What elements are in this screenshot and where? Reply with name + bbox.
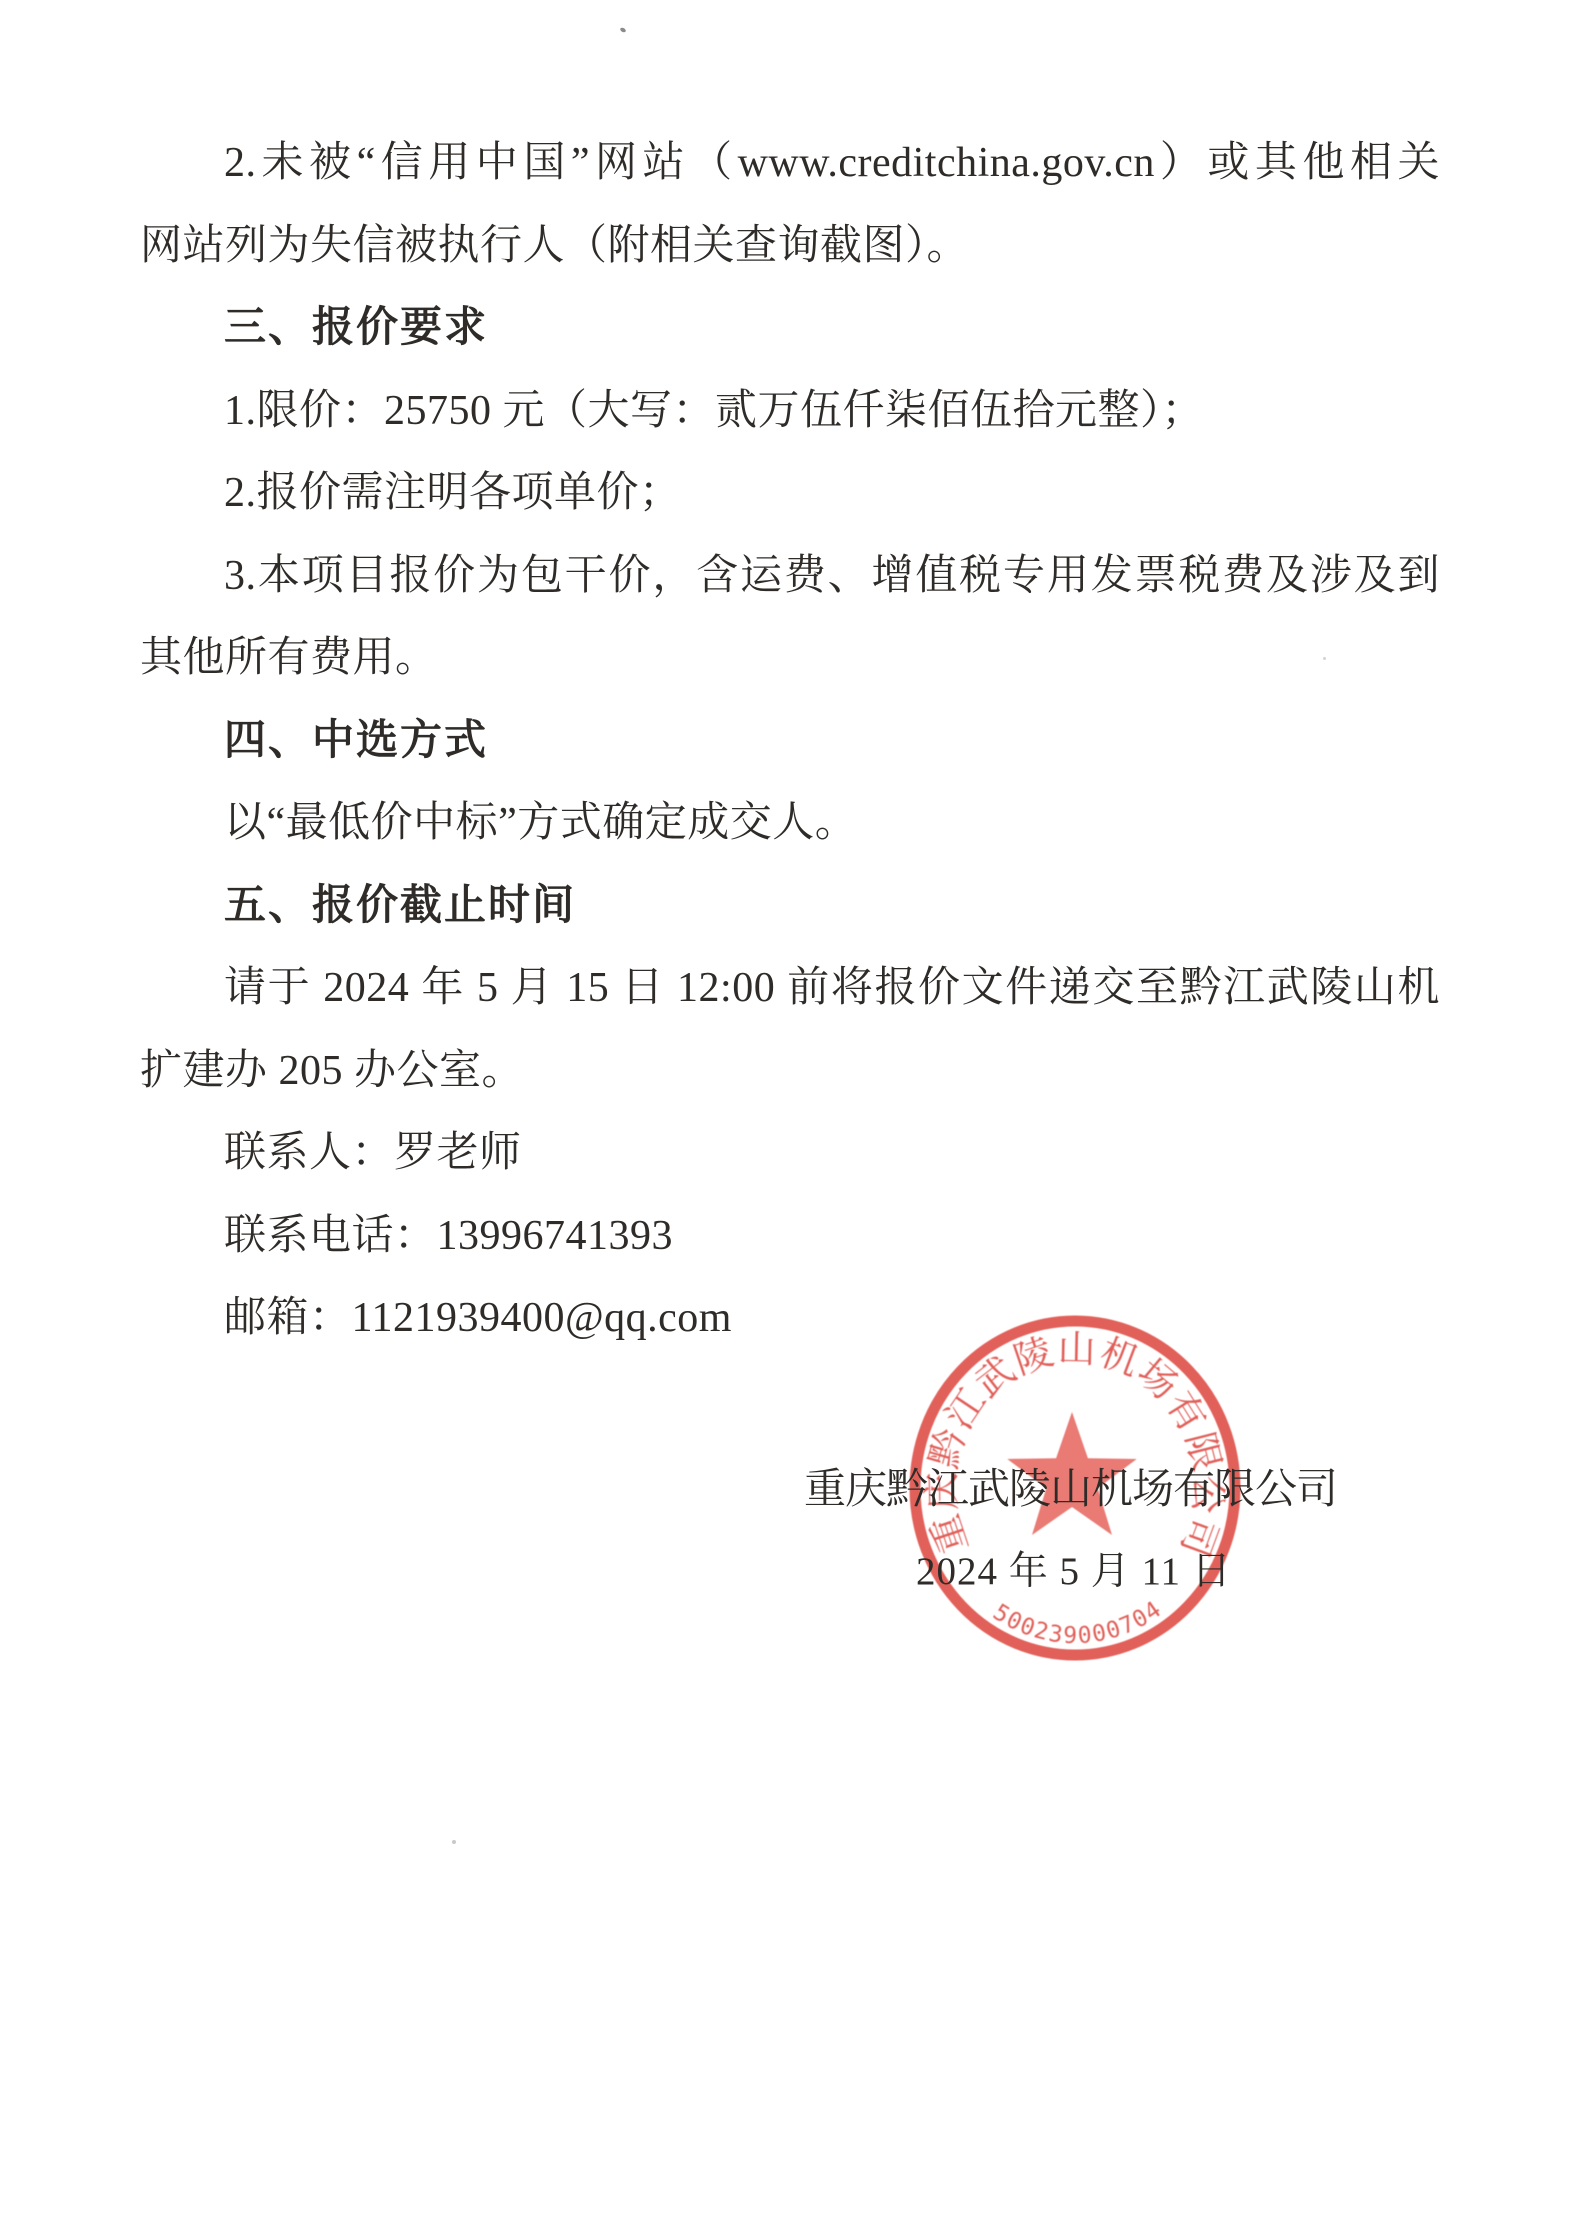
paragraph-deadline-line1: 请于 2024 年 5 月 15 日 12:00 前将报价文件递交至黔江武陵山机… xyxy=(140,947,1440,1030)
document-body: 2.未被“信用中国”网站（www.creditchina.gov.cn）或其他相… xyxy=(140,122,1440,1360)
signature-company: 重庆黔江武陵山机场有限公司 xyxy=(804,1456,1337,1516)
item-lump-sum-line1: 3.本项目报价为包干价，含运费、增值税专用发票税费及涉及到的 xyxy=(140,535,1440,618)
scan-speck xyxy=(452,1840,456,1844)
svg-text:重庆黔江武陵山机场有限公司: 重庆黔江武陵山机场有限公司 xyxy=(922,1329,1229,1564)
paragraph-selection-method: 以“最低价中标”方式确定成交人。 xyxy=(140,782,1440,865)
item-price-limit: 1.限价：25750 元（大写：贰万伍仟柒佰伍拾元整）； xyxy=(140,370,1440,453)
paragraph-deadline-line2: 扩建办 205 办公室。 xyxy=(140,1030,1440,1113)
seal-ring-text: 重庆黔江武陵山机场有限公司 xyxy=(922,1329,1229,1564)
paragraph-credit-china-line1: 2.未被“信用中国”网站（www.creditchina.gov.cn）或其他相… xyxy=(140,122,1440,205)
scan-speck xyxy=(1323,657,1326,660)
scan-speck xyxy=(619,27,626,33)
signature-date: 2024 年 5 月 11 日 xyxy=(916,1540,1232,1596)
heading-quotation-requirements: 三、报价要求 xyxy=(140,287,1440,370)
item-lump-sum-line2: 其他所有费用。 xyxy=(140,617,1440,700)
heading-selection-method: 四、中选方式 xyxy=(140,700,1440,783)
heading-deadline: 五、报价截止时间 xyxy=(140,865,1440,948)
contact-email: 邮箱：1121939400@qq.com xyxy=(140,1277,1440,1360)
contact-phone: 联系电话：13996741393 xyxy=(140,1195,1440,1278)
paragraph-credit-china-line2: 网站列为失信被执行人（附相关查询截图）。 xyxy=(140,205,1440,288)
item-unit-price: 2.报价需注明各项单价； xyxy=(140,452,1440,535)
contact-person: 联系人：罗老师 xyxy=(140,1112,1440,1195)
